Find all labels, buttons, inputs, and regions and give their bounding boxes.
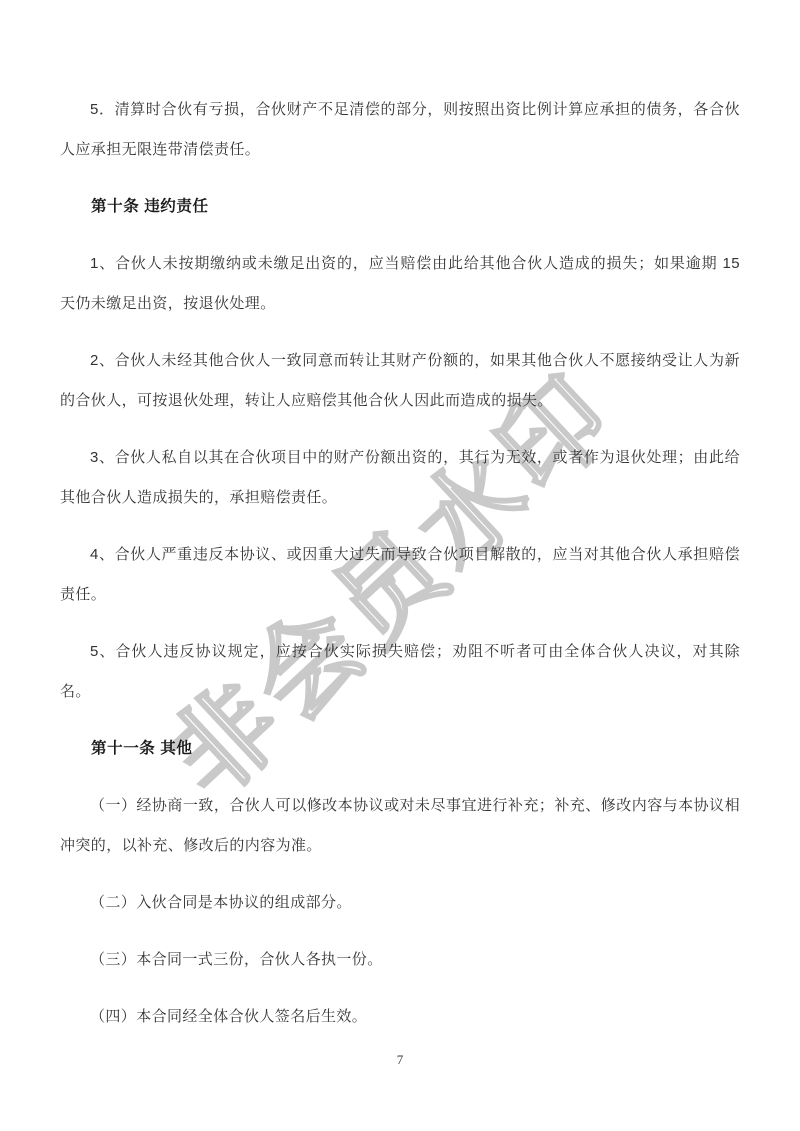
paragraph-misc-item-4: （四）本合同经全体合伙人签名后生效。 — [60, 997, 740, 1037]
paragraph-breach-item-3: 3、合伙人私自以其在合伙项目中的财产份额出资的，其行为无效，或者作为退伙处理；由… — [60, 438, 740, 518]
paragraph-breach-item-4: 4、合伙人严重违反本协议、或因重大过失而导致合伙项目解散的，应当对其他合伙人承担… — [60, 535, 740, 615]
heading-article-10: 第十条 违约责任 — [60, 187, 740, 227]
heading-article-11: 第十一条 其他 — [60, 729, 740, 769]
paragraph-misc-item-1: （一）经协商一致，合伙人可以修改本协议或对未尽事宜进行补充；补充、修改内容与本协… — [60, 786, 740, 866]
paragraph-liquidation-loss: 5．清算时合伙有亏损，合伙财产不足清偿的部分，则按照出资比例计算应承担的债务，各… — [60, 90, 740, 170]
document-body: 5．清算时合伙有亏损，合伙财产不足清偿的部分，则按照出资比例计算应承担的债务，各… — [60, 90, 740, 1054]
paragraph-breach-item-2: 2、合伙人未经其他合伙人一致同意而转让其财产份额的，如果其他合伙人不愿接纳受让人… — [60, 341, 740, 421]
paragraph-misc-item-3: （三）本合同一式三份，合伙人各执一份。 — [60, 940, 740, 980]
paragraph-breach-item-5: 5、合伙人违反协议规定，应按合伙实际损失赔偿；劝阻不听者可由全体合伙人决议，对其… — [60, 632, 740, 712]
paragraph-breach-item-1: 1、合伙人未按期缴纳或未缴足出资的，应当赔偿由此给其他合伙人造成的损失；如果逾期… — [60, 244, 740, 324]
page-number: 7 — [0, 1052, 800, 1068]
paragraph-misc-item-2: （二）入伙合同是本协议的组成部分。 — [60, 883, 740, 923]
document-page: 非会员水印 5．清算时合伙有亏损，合伙财产不足清偿的部分，则按照出资比例计算应承… — [0, 0, 800, 1131]
